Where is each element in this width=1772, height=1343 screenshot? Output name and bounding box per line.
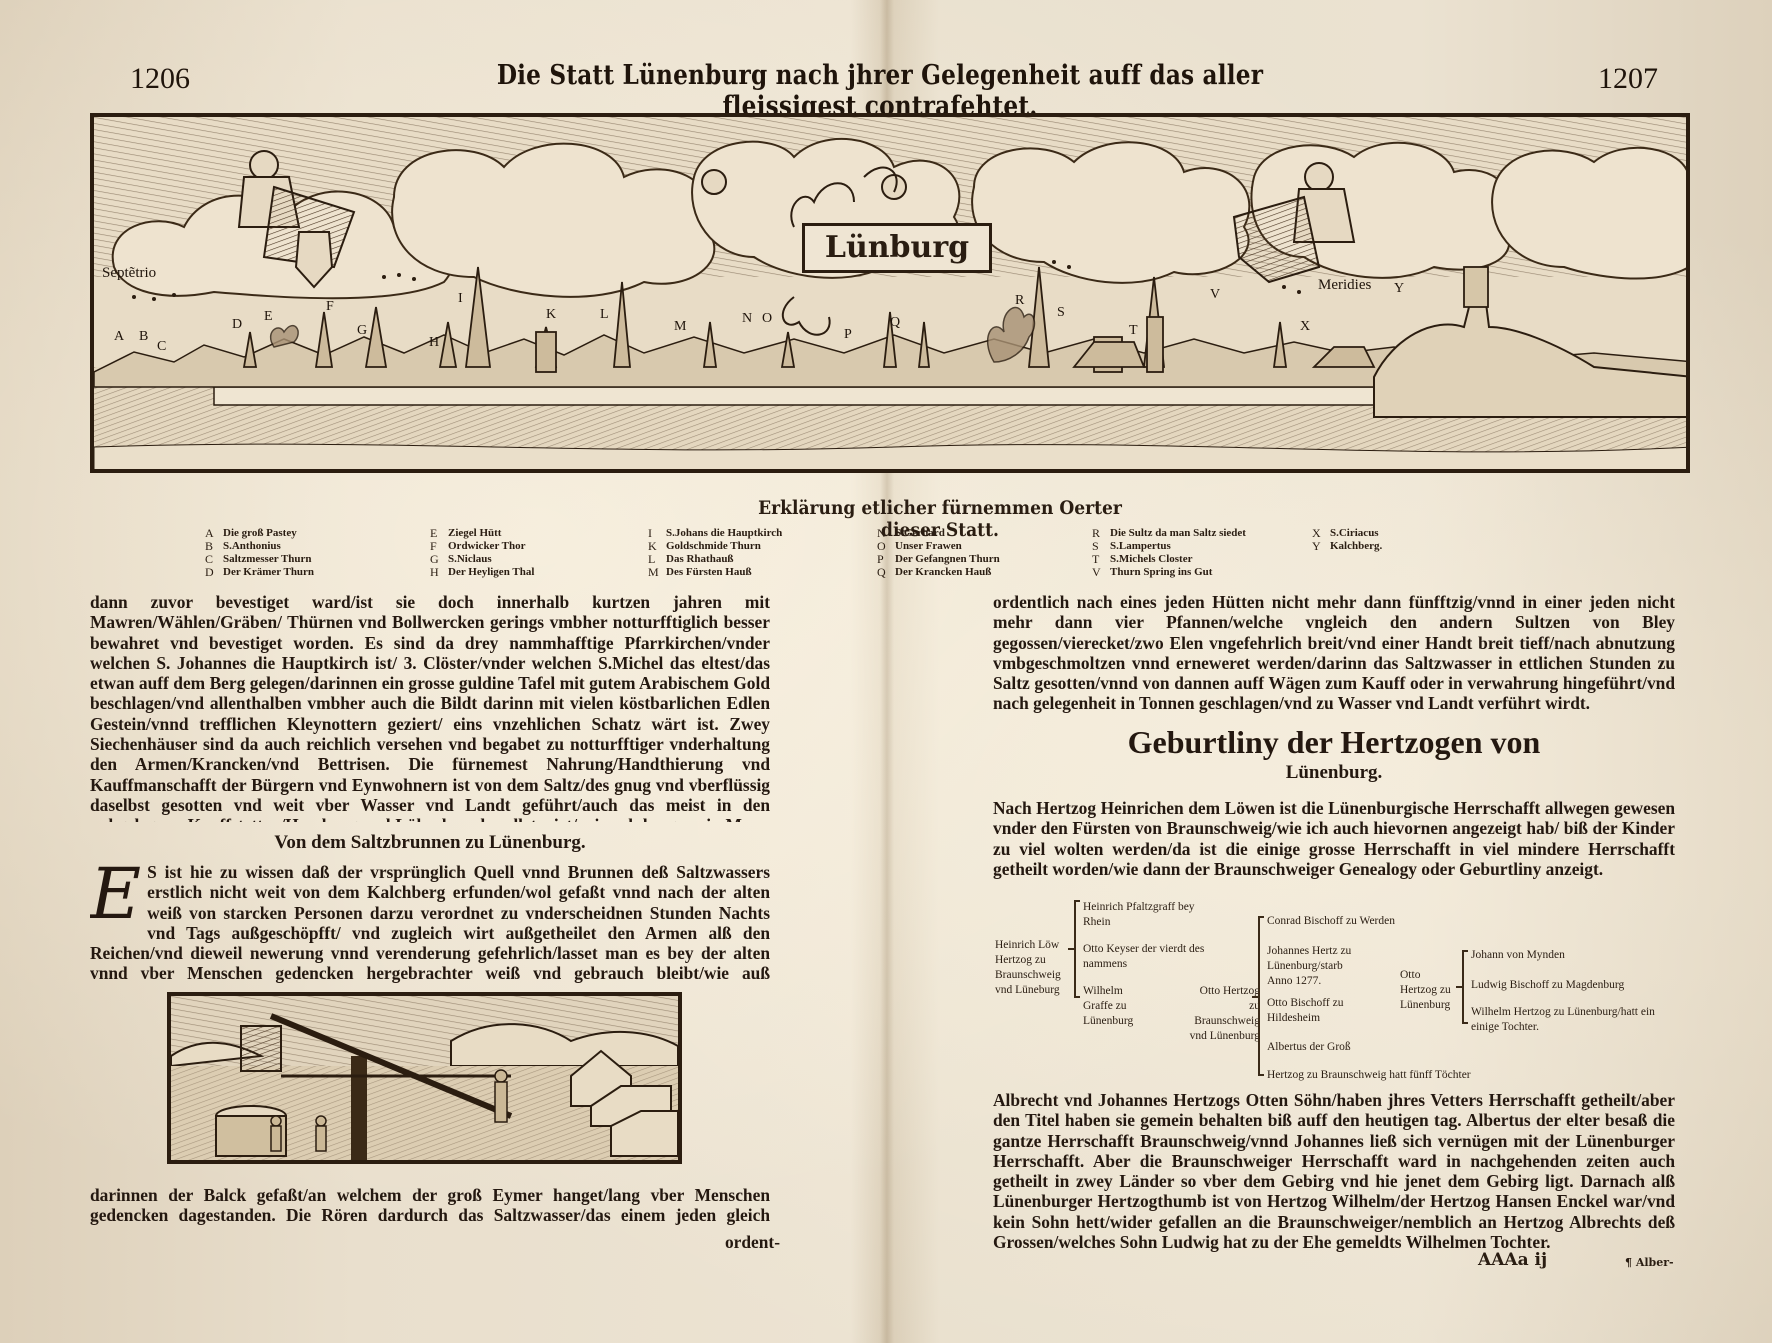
legend-entry: RDie Sultz da man Saltz siedet — [1092, 527, 1246, 540]
drop-cap-letter: E — [90, 864, 141, 924]
body-text: Albrecht vnd Johannes Hertzogs Otten Söh… — [993, 1090, 1675, 1252]
point-letter: K — [546, 307, 556, 323]
genealogy-child: Albertus der Groß — [1267, 1040, 1427, 1055]
point-letter: B — [139, 329, 148, 345]
point-letter: Y — [1394, 281, 1404, 297]
genealogy-brace — [1258, 916, 1260, 1076]
salt-well-illustration — [171, 996, 678, 1160]
legend-column-3: IS.Johans die Hauptkirch KGoldschmide Th… — [648, 527, 782, 579]
legend-label: Ordwicker Thor — [448, 540, 526, 553]
legend-entry: MDes Fürsten Hauß — [648, 566, 782, 579]
genealogy-parent: Otto Hertzog zu Lünenburg — [1400, 968, 1458, 1013]
point-letter: Q — [890, 315, 900, 331]
right-column-paragraph-2: Nach Hertzog Heinrichen dem Löwen ist di… — [993, 798, 1675, 882]
legend-key: V — [1092, 566, 1102, 579]
genealogy-child: Wilhelm Hertzog zu Lünenburg/hatt ein ei… — [1471, 1005, 1681, 1035]
legend-label: Saltzmesser Thurn — [223, 553, 312, 566]
body-text: ordentlich nach eines jeden Hütten nicht… — [993, 592, 1675, 714]
legend-entry: FOrdwicker Thor — [430, 540, 534, 553]
legend-column-5: RDie Sultz da man Saltz siedet SS.Lamper… — [1092, 527, 1246, 579]
catchword-left: ordent- — [700, 1232, 780, 1252]
legend-label: Des Fürsten Hauß — [666, 566, 752, 579]
point-letter: R — [1015, 293, 1024, 309]
left-column-paragraph-3: darinnen der Balck gefaßt/an welchem der… — [90, 1185, 770, 1229]
point-letter: N — [742, 311, 752, 327]
genealogy-parent: Otto Hertzog zu Braunschweig vnd Lünenbu… — [1186, 984, 1260, 1044]
catchword-right: ¶ Alber- — [1625, 1256, 1674, 1269]
right-column-paragraph-1: ordentlich nach eines jeden Hütten nicht… — [993, 592, 1675, 716]
legend-key: D — [205, 566, 215, 579]
page-number-left: 1206 — [130, 62, 190, 96]
legend-label: Der Krämer Thurn — [223, 566, 314, 579]
city-name-cartouche: Lünburg — [802, 223, 992, 273]
point-letter: C — [157, 339, 166, 355]
legend-label: S.Lampertus — [1110, 540, 1171, 553]
point-letter: D — [232, 317, 242, 333]
compass-label-south: Meridies — [1318, 277, 1371, 294]
point-letter: O — [762, 311, 772, 327]
legend-label: S.Ciriacus — [1330, 527, 1379, 540]
compass-label-north: Septẽtrio — [102, 265, 156, 282]
legend-entry: CSaltzmesser Thurn — [205, 553, 314, 566]
point-letter: T — [1129, 323, 1138, 339]
legend-column-4: NS.Gerhard OUnser Frawen PDer Gefangnen … — [877, 527, 1000, 579]
legend-key: H — [430, 566, 440, 579]
legend-key: M — [648, 566, 658, 579]
point-letter: X — [1300, 319, 1310, 335]
genealogy-child: Hertzog zu Braunschweig hatt fünff Töcht… — [1267, 1068, 1527, 1083]
section-heading-genealogy: Geburtliny der Hertzogen von — [993, 724, 1675, 761]
legend-label: S.Johans die Hauptkirch — [666, 527, 782, 540]
right-column-paragraph-3: Albrecht vnd Johannes Hertzogs Otten Söh… — [993, 1090, 1675, 1256]
section-heading-salt-spring: Von dem Saltzbrunnen zu Lünenburg. — [90, 832, 770, 854]
legend-column-6: XS.Ciriacus YKalchberg. — [1312, 527, 1382, 553]
legend-entry: KGoldschmide Thurn — [648, 540, 782, 553]
legend-entry: YKalchberg. — [1312, 540, 1382, 553]
legend-label: Der Gefangnen Thurn — [895, 553, 1000, 566]
legend-label: S.Michels Closter — [1110, 553, 1192, 566]
genealogy-child: Ludwig Bischoff zu Magdenburg — [1471, 978, 1681, 993]
genealogy-brace — [1074, 900, 1076, 998]
point-letter: F — [326, 299, 334, 315]
legend-label: Die groß Pastey — [223, 527, 297, 540]
point-letter: P — [844, 327, 852, 343]
genealogy-child: Otto Keyser der vierdt des nammens — [1083, 942, 1243, 972]
legend-entry: XS.Ciriacus — [1312, 527, 1382, 540]
genealogy-root: Heinrich Löw Hertzog zu Braunschweig vnd… — [995, 938, 1071, 998]
point-letter: G — [357, 323, 367, 339]
body-text: S ist hie zu wissen daß der vrsprünglich… — [90, 862, 770, 986]
section-subheading-genealogy: Lünenburg. — [993, 762, 1675, 784]
left-column-paragraph-1: dann zuvor bevestiget ward/ist sie doch … — [90, 592, 770, 822]
genealogy-brace — [1462, 950, 1464, 1024]
legend-label: S.Anthonius — [223, 540, 281, 553]
legend-label: Kalchberg. — [1330, 540, 1382, 553]
genealogy-child: Wilhelm Graffe zu Lünenburg — [1083, 984, 1153, 1029]
legend-entry: HDer Heyligen Thal — [430, 566, 534, 579]
legend-label: S.Niclaus — [448, 553, 492, 566]
legend-entry: GS.Niclaus — [430, 553, 534, 566]
legend-entry: NS.Gerhard — [877, 527, 1000, 540]
legend-entry: TS.Michels Closter — [1092, 553, 1246, 566]
genealogy-child: Conrad Bischoff zu Werden — [1267, 914, 1467, 929]
legend-key: Q — [877, 566, 887, 579]
genealogy-child: Johann von Mynden — [1471, 948, 1681, 963]
legend-entry: QDer Krancken Hauß — [877, 566, 1000, 579]
legend-label: Der Krancken Hauß — [895, 566, 991, 579]
legend-label: Unser Frawen — [895, 540, 962, 553]
point-letter: V — [1210, 287, 1220, 303]
point-letter: S — [1057, 305, 1065, 321]
legend-label: S.Gerhard — [895, 527, 945, 540]
legend-entry: LDas Rhathauß — [648, 553, 782, 566]
body-text: Nach Hertzog Heinrichen dem Löwen ist di… — [993, 798, 1675, 879]
legend-label: Ziegel Hütt — [448, 527, 501, 540]
legend-entry: SS.Lampertus — [1092, 540, 1246, 553]
legend-column-1: ADie groß Pastey BS.Anthonius CSaltzmess… — [205, 527, 314, 579]
left-column-paragraph-2: E S ist hie zu wissen daß der vrsprüngli… — [90, 862, 770, 986]
legend-entry: VThurn Spring ins Gut — [1092, 566, 1246, 579]
legend-entry: IS.Johans die Hauptkirch — [648, 527, 782, 540]
legend-entry: BS.Anthonius — [205, 540, 314, 553]
genealogy-child: Johannes Hertz zu Lünenburg/starb Anno 1… — [1267, 944, 1367, 989]
point-letter: H — [429, 335, 439, 351]
legend-entry: PDer Gefangnen Thurn — [877, 553, 1000, 566]
legend-entry: ADie groß Pastey — [205, 527, 314, 540]
legend-label: Das Rhathauß — [666, 553, 734, 566]
body-text: darinnen der Balck gefaßt/an welchem der… — [90, 1185, 770, 1229]
legend-entry: OUnser Frawen — [877, 540, 1000, 553]
legend-key: Y — [1312, 540, 1322, 553]
body-text: dann zuvor bevestiget ward/ist sie doch … — [90, 592, 770, 822]
legend-label: Thurn Spring ins Gut — [1110, 566, 1212, 579]
city-panorama-woodcut: Lünburg Septẽtrio Meridies A B C D E F G… — [90, 113, 1690, 473]
genealogy-child: Otto Bischoff zu Hildesheim — [1267, 996, 1367, 1026]
point-letter: L — [600, 307, 609, 323]
point-letter: M — [674, 319, 686, 335]
panorama-illustration — [94, 117, 1690, 473]
point-letter: A — [114, 329, 124, 345]
page-number-right: 1207 — [1598, 62, 1658, 96]
legend-label: Der Heyligen Thal — [448, 566, 534, 579]
legend-entry: EZiegel Hütt — [430, 527, 534, 540]
legend-entry: DDer Krämer Thurn — [205, 566, 314, 579]
legend-label: Die Sultz da man Saltz siedet — [1110, 527, 1246, 540]
legend-label: Goldschmide Thurn — [666, 540, 761, 553]
salt-well-woodcut — [167, 992, 682, 1164]
genealogy-child: Heinrich Pfaltzgraff bey Rhein — [1083, 900, 1223, 930]
legend-column-2: EZiegel Hütt FOrdwicker Thor GS.Niclaus … — [430, 527, 534, 579]
point-letter: I — [458, 291, 463, 307]
signature-mark: AAAa ij — [1478, 1250, 1547, 1270]
point-letter: E — [264, 309, 273, 325]
